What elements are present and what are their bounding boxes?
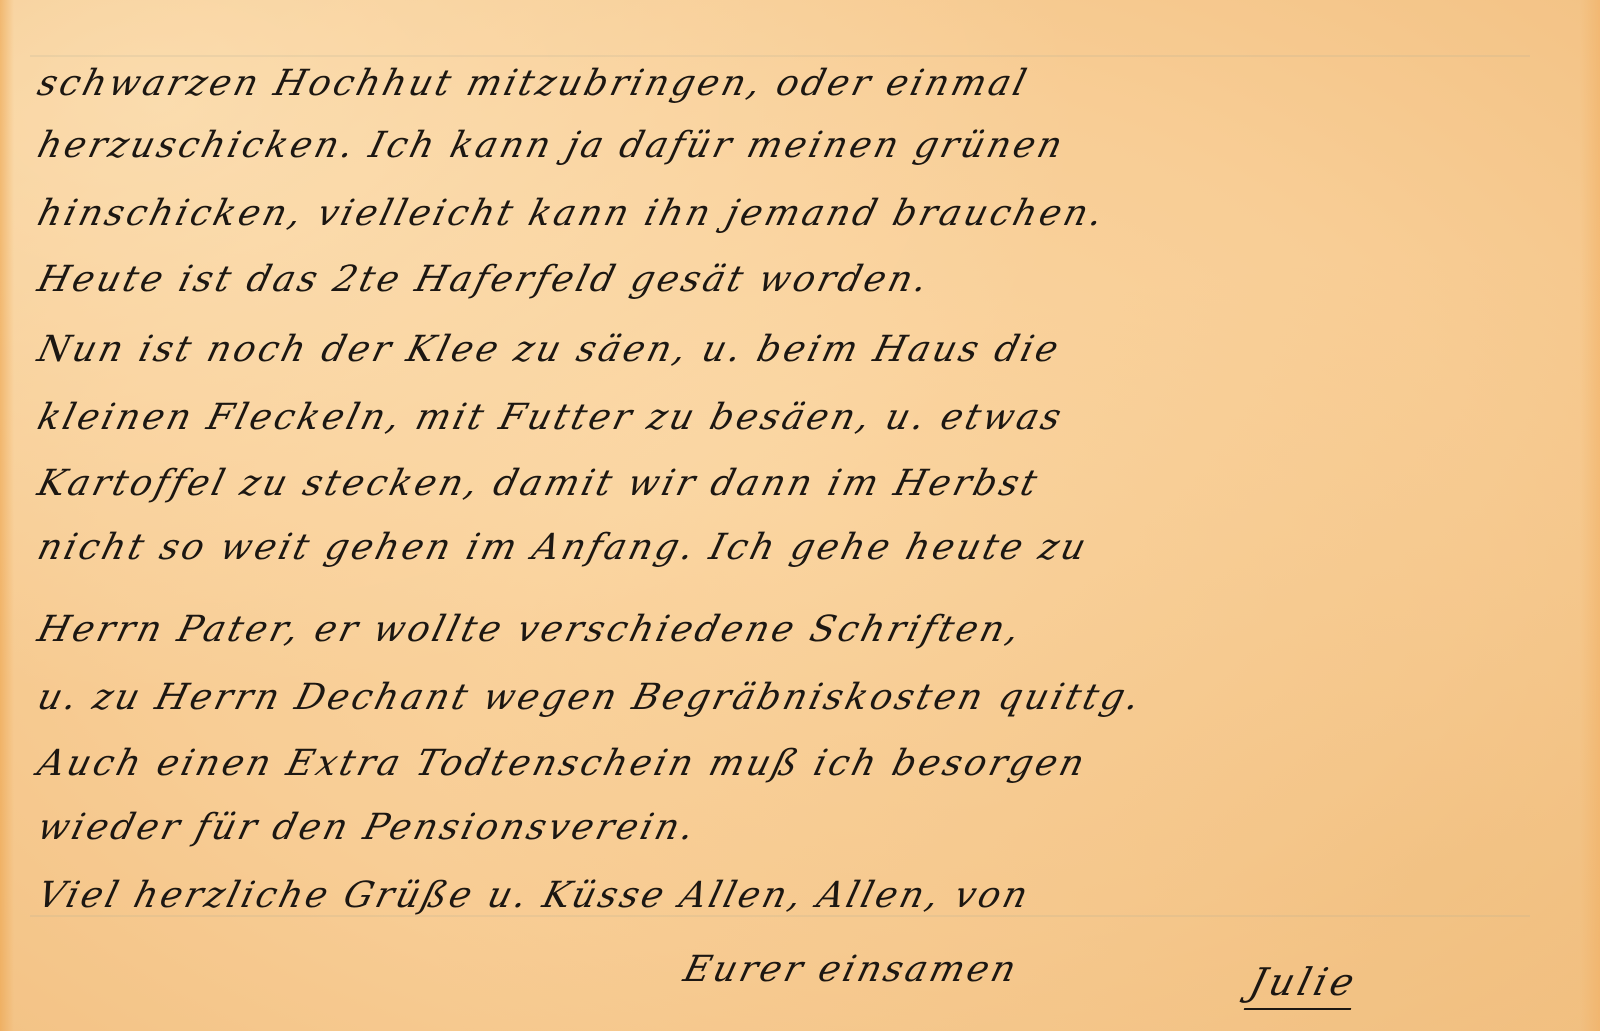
letter-line-10: u. zu Herrn Dechant wegen Begräbniskoste… (34, 680, 1146, 716)
letter-line-7: Kartoffel zu stecken, damit wir dann im … (34, 466, 1043, 502)
faint-printed-rule (30, 55, 1530, 57)
letter-line-6: kleinen Fleckeln, mit Futter zu besäen, … (34, 400, 1067, 436)
letter-line-4: Heute ist das 2te Haferfeld gesät worden… (34, 262, 934, 298)
letter-line-11: Auch einen Extra Todtenschein muß ich be… (34, 746, 1091, 782)
signature: Julie (1244, 960, 1363, 1010)
letter-line-9: Herrn Pater, er wollte verschiedene Schr… (34, 612, 1026, 648)
letter-line-3: hinschicken, vielleicht kann ihn jemand … (34, 196, 1109, 232)
letter-line-1: schwarzen Hochhut mitzubringen, oder ein… (34, 66, 1032, 102)
letter-line-12: wieder für den Pensionsverein. (34, 810, 700, 846)
letter-line-2: herzuschicken. Ich kann ja dafür meinen … (34, 128, 1069, 164)
letter-line-13: Viel herzliche Grüße u. Küsse Allen, All… (34, 878, 1034, 914)
letter-line-5: Nun ist noch der Klee zu säen, u. beim H… (34, 332, 1065, 368)
postcard-page: schwarzen Hochhut mitzubringen, oder ein… (0, 0, 1600, 1031)
closing-text: Eurer einsamen (680, 952, 1022, 988)
letter-line-8: nicht so weit gehen im Anfang. Ich gehe … (34, 530, 1092, 566)
